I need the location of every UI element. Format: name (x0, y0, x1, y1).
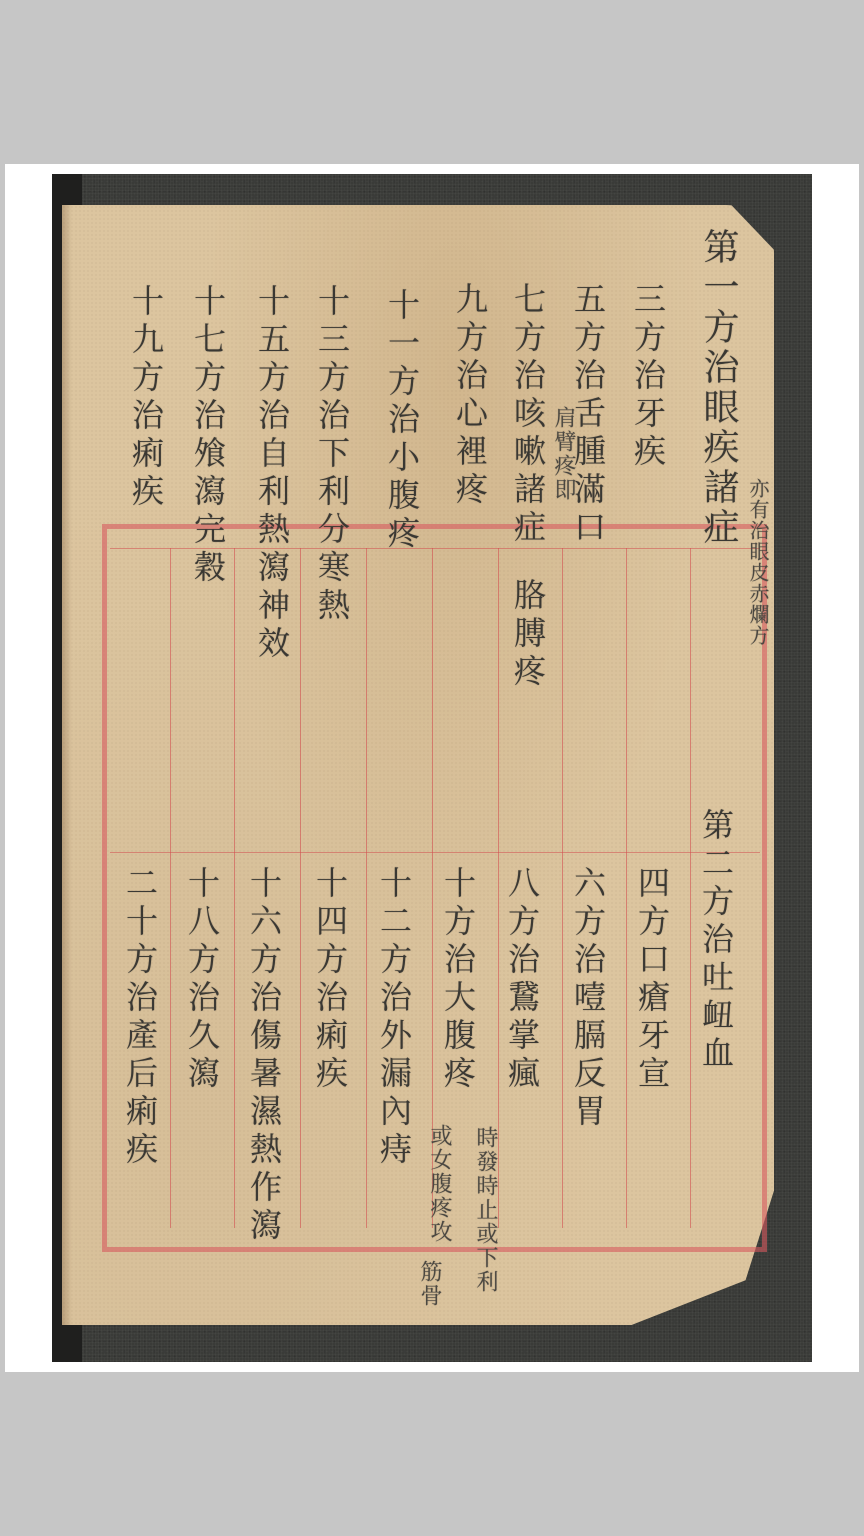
entry-prescription-20: 二十方治產后痢疾 (124, 866, 156, 1170)
entry-prescription-14: 十四方治痢疾 (314, 866, 346, 1094)
red-rule-vertical (300, 548, 301, 1228)
entry-prescription-7-tail: 胳膊疼 (512, 578, 544, 692)
entry-prescription-1-note: 亦有治眼皮赤爛方 (748, 478, 768, 646)
entry-prescription-10-note-2: 或女腹疼攻 (428, 1124, 450, 1244)
entry-prescription-5-note: 肩臂疼即 (552, 406, 574, 502)
entry-prescription-10-note-1: 時發時止或下利 (474, 1126, 496, 1294)
entry-prescription-8: 八方治鵞掌瘋 (506, 866, 538, 1094)
page-gutter-shadow (62, 205, 72, 1325)
entry-prescription-3: 三方治牙疾 (632, 282, 664, 472)
red-rule-vertical (690, 548, 691, 1228)
entry-prescription-15: 十五方治自利熱瀉神效 (256, 284, 288, 664)
entry-prescription-18: 十八方治久瀉 (186, 866, 218, 1094)
entry-prescription-13: 十三方治下利分寒熱 (316, 284, 348, 626)
entry-prescription-16: 十六方治傷暑濕熱作瀉 (248, 866, 280, 1246)
entry-prescription-7: 七方治咳嗽諸症 (512, 282, 544, 548)
entry-prescription-9: 九方治心裡疼 (454, 282, 486, 510)
red-rule-vertical (498, 548, 499, 1228)
entry-prescription-19: 十九方治痢疾 (130, 284, 162, 512)
entry-prescription-10: 十方治大腹疼 (442, 866, 474, 1094)
entry-prescription-4: 四方口瘡牙宣 (636, 866, 668, 1094)
red-rule-vertical (626, 548, 627, 1228)
entry-prescription-2: 第二方治吐衄血 (700, 808, 732, 1074)
red-rule-vertical (366, 548, 367, 1228)
red-rule-vertical (562, 548, 563, 1228)
entry-prescription-10-note-3: 筋骨 (418, 1260, 440, 1308)
entry-prescription-11: 十一方治小腹疼 (386, 288, 418, 554)
entry-prescription-17: 十七方治飧瀉完穀 (192, 284, 224, 588)
red-rule-vertical (170, 548, 171, 1228)
red-rule-vertical (234, 548, 235, 1228)
entry-prescription-12: 十二方治外漏內痔 (378, 866, 410, 1170)
entry-prescription-5: 五方治舌腫滿口 (572, 282, 604, 548)
entry-prescription-1: 第一方治眼疾諸症 (700, 228, 736, 548)
entry-prescription-6: 六方治噎膈反胃 (572, 866, 604, 1132)
red-rule-middle (110, 852, 760, 853)
